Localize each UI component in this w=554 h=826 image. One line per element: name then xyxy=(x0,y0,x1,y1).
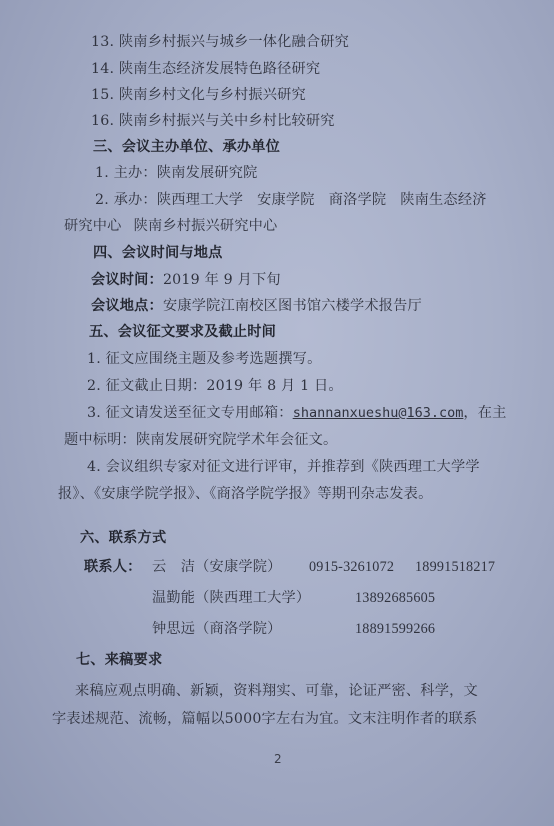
contact-phone: 0915-3261072 xyxy=(309,557,394,577)
contact-name: 钟思远（商洛学院） xyxy=(152,619,282,639)
meeting-time: 会议时间：2019 年 9 月下旬 xyxy=(91,270,281,290)
requirement-item-4: 4. 会议组织专家对征文进行评审，并推荐到《陕西理工大学学 xyxy=(87,457,480,477)
section-heading-organizers: 三、会议主办单位、承办单位 xyxy=(93,137,280,157)
co-organizer: 安康学院 xyxy=(257,192,315,208)
meeting-place-value: 安康学院江南校区图书馆六楼学术报告厅 xyxy=(163,298,422,314)
contact-mobile: 13892685605 xyxy=(355,588,435,608)
contact-mobile: 18991518217 xyxy=(415,557,495,577)
requirement-item-4-continued: 报》、《安康学院学报》、《商洛学院学报》等期刊杂志发表。 xyxy=(58,484,432,504)
contact-name: 温勤能（陕西理工大学） xyxy=(152,588,310,608)
co-organizer: 陕南乡村振兴研究中心 xyxy=(134,218,278,234)
co-organizers-line-1: 2. 承办：陕西理工大学安康学院商洛学院陕南生态经济 xyxy=(95,190,487,210)
topic-item: 16. 陕南乡村振兴与关中乡村比较研究 xyxy=(91,111,335,131)
meeting-place: 会议地点：安康学院江南校区图书馆六楼学术报告厅 xyxy=(91,296,422,316)
topic-item: 15. 陕南乡村文化与乡村振兴研究 xyxy=(91,85,306,105)
contact-mobile: 18891599266 xyxy=(355,619,435,639)
contact-name: 云 洁（安康学院） xyxy=(152,557,282,577)
host-organization: 1. 主办：陕南发展研究院 xyxy=(95,163,258,183)
requirement-item-3-continued: 题中标明：陕南发展研究院学术年会征文。 xyxy=(64,430,337,450)
co-organizer: 陕西理工大学 xyxy=(157,192,243,208)
co-organizers-prefix: 2. 承办： xyxy=(95,192,157,208)
document-page: 13. 陕南乡村振兴与城乡一体化融合研究 14. 陕南生态经济发展特色路径研究 … xyxy=(0,0,554,826)
page-number: 2 xyxy=(274,752,282,766)
co-organizer: 陕南生态经济 xyxy=(400,192,486,208)
requirement-item-3-suffix: ，在主 xyxy=(463,405,506,421)
co-organizer: 商洛学院 xyxy=(329,192,387,208)
requirement-item-3-text: 3. 征文请发送至征文专用邮箱： xyxy=(87,405,293,421)
requirement-item-1: 1. 征文应围绕主题及参考选题撰写。 xyxy=(87,349,321,369)
meeting-time-value: 2019 年 9 月下旬 xyxy=(163,272,281,288)
topic-item: 14. 陕南生态经济发展特色路径研究 xyxy=(91,59,320,79)
submission-requirements-line-1: 来稿应观点明确、新颖，资料翔实、可靠，论证严密、科学，文 xyxy=(75,681,478,701)
meeting-place-label: 会议地点： xyxy=(91,298,163,314)
requirement-item-2: 2. 征文截止日期：2019 年 8 月 1 日。 xyxy=(87,376,343,396)
submission-email-link[interactable]: shannanxueshu@163.com xyxy=(293,405,464,421)
meeting-time-label: 会议时间： xyxy=(91,272,163,288)
section-heading-contact: 六、联系方式 xyxy=(80,528,166,548)
submission-requirements-line-2: 字表述规范、流畅，篇幅以5000字左右为宜。文末注明作者的联系 xyxy=(52,709,477,729)
section-heading-paper-requirements: 五、会议征文要求及截止时间 xyxy=(89,322,276,342)
topic-item: 13. 陕南乡村振兴与城乡一体化融合研究 xyxy=(91,32,349,52)
section-heading-time-place: 四、会议时间与地点 xyxy=(93,243,223,263)
co-organizer: 研究中心 xyxy=(64,218,122,234)
section-heading-submission-requirements: 七、来稿要求 xyxy=(76,650,162,670)
contact-label: 联系人： xyxy=(84,559,142,575)
requirement-item-3: 3. 征文请发送至征文专用邮箱：shannanxueshu@163.com，在主 xyxy=(87,403,507,423)
co-organizers-line-2: 研究中心陕南乡村振兴研究中心 xyxy=(64,216,277,236)
contact-row: 联系人： xyxy=(84,557,142,577)
